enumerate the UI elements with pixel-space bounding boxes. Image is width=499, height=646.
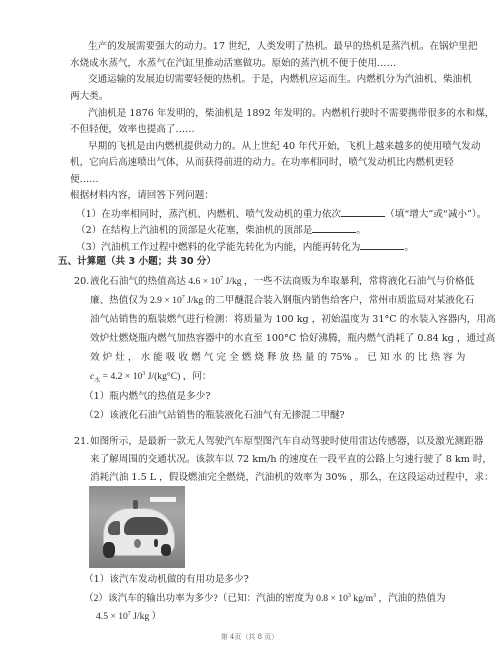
q20-text: J/kg ，一些不法商贩为牟取暴利，常将液化石油气与价格低 [223, 276, 474, 287]
answer-blank[interactable] [312, 223, 356, 233]
q21-text: J/kg ） [131, 611, 161, 622]
q21-text: ，汽油的热值为 [376, 593, 446, 604]
car-label-tag [149, 496, 177, 503]
q20-text: 廉、热值仅为 2.9 × 10 [90, 295, 182, 306]
passage-line: 交通运输的发展迫切需要轻便的热机。于是，内燃机应运而生。内燃机分为汽油机、柴油机 [88, 74, 447, 86]
car-side-window [108, 521, 120, 535]
question-text: （2）在结构上汽油机的顶部是火花塞，柴油机的顶部是 [76, 225, 312, 236]
q20-line: c水 = 4.2 × 103 J/(kg°C) ，问： [90, 371, 212, 387]
q20-number: 20. [74, 276, 89, 288]
q21-text: （2）该汽车的输出功率为多少?（已知：汽油的密度为 0.8 × 10 [84, 593, 348, 604]
q21-line: 如图所示，是最新一款无人驾驶汽车原型图汽车自动驾驶时使用雷达传感器，以及激光测距… [90, 436, 483, 448]
question-2: （2）在结构上汽油机的顶部是火花塞，柴油机的顶部是。 [76, 223, 366, 237]
q20-line: 廉、热值仅为 2.9 × 107 J/kg 的二甲醚混合装入钢瓶内销售给客户，常… [90, 295, 474, 307]
car-windshield [124, 517, 168, 535]
question-3: （3）汽油机工作过程中燃料的化学能先转化为内能，内能再转化为。 [76, 240, 414, 254]
question-text: （填“增大”或“减小”）。 [385, 209, 486, 220]
question-1: （1）在功率相同时，蒸汽机、内燃机、喷气发动机的重力依次（填“增大”或“减小”）… [76, 207, 486, 221]
passage-prompt: 根据材料内容，请回答下列问题： [70, 190, 214, 202]
passage-line: 早期的飞机是由内燃机提供动力的。从上世纪 40 年代开始，飞机上越来越多的使用喷… [88, 141, 447, 153]
self-driving-car-image [89, 486, 185, 568]
question-text: （3）汽油机工作过程中燃料的化学能先转化为内能，内能再转化为 [76, 242, 360, 253]
q20-subquestion-2: （2）该液化石油气站销售的瓶装液化石油气有无掺混二甲醚? [84, 410, 345, 422]
q21-text: 4.5 × 10 [96, 611, 128, 622]
q21-text: kg/m [351, 593, 373, 604]
car-wheel [161, 544, 171, 556]
answer-blank[interactable] [360, 240, 404, 250]
q21-number: 21. [74, 436, 89, 448]
q20-line: 效 炉 灶 ， 水 能 吸 收 燃 气 完 全 燃 烧 释 放 热 量 的 75… [90, 352, 465, 364]
q21-line: 消耗汽油 1.5 L ，假设燃油完全燃烧，汽油机的效率为 30% ，那么，在这段… [90, 472, 494, 484]
q20-text: = 4.2 × 10 [100, 371, 142, 382]
q20-line: 效炉灶燃烧瓶内燃气加热容器中的水直至 100°C 恰好沸腾，瓶内燃气消耗了 0.… [90, 333, 495, 345]
passage-line: 生产的发展需要强大的动力。17 世纪，人类发明了热机。最早的热机是蒸汽机。在锅炉… [88, 41, 447, 53]
question-text: （1）在功率相同时，蒸汽机、内燃机、喷气发动机的重力依次 [76, 209, 341, 220]
passage-line: 机，它向后高速喷出气体，从而获得前进的动力。在功率相同时，喷气发动机比内燃机更轻 [70, 157, 447, 169]
passage-line: 汽油机是 1876 年发明的，柴油机是 1892 年发明的。内燃机行驶时不需要携… [88, 108, 447, 120]
car-lidar-sensor [133, 500, 138, 509]
q20-subquestion-1: （1）瓶内燃气的热值是多少? [84, 391, 210, 403]
question-text: 。 [404, 242, 414, 253]
q21-line: 来了解周围的交通状况。该款车以 72 km/h 的速度在一段平直的公路上匀速行驶… [90, 454, 492, 466]
section-heading: 五、计算题（共 3 小题；共 30 分） [58, 256, 216, 268]
answer-blank[interactable] [341, 207, 385, 217]
car-headlight [154, 539, 158, 547]
passage-line: 两大类。 [70, 91, 108, 103]
passage-line: 不但轻便，效率也提高了…… [70, 124, 195, 136]
q20-text: J/(kg°C) ，问： [145, 371, 211, 382]
page-footer: 第 4页（共 8 页） [0, 632, 499, 642]
car-wheel [103, 542, 115, 558]
q21-subquestion-1: （1）该汽车发动机做的有用功是多少? [84, 574, 249, 586]
question-text: 。 [356, 225, 366, 236]
q21-subquestion-2-cont: 4.5 × 107 J/kg ） [96, 611, 161, 623]
q20-text: J/kg 的二甲醚混合装入钢瓶内销售给客户，常州市质监局对某液化石 [185, 295, 474, 306]
q21-subquestion-2: （2）该汽车的输出功率为多少?（已知：汽油的密度为 0.8 × 103 kg/m… [84, 593, 446, 605]
passage-line: 便…… [70, 174, 99, 186]
q20-line: 液化石油气的热值高达 4.6 × 107 J/kg ，一些不法商贩为牟取暴利，常… [90, 276, 474, 288]
q20-line: 油气站销售的瓶装燃气进行检测：将质量为 100 kg ，初始温度为 31°C 的… [90, 314, 496, 326]
passage-line: 水烧成水蒸气，水蒸气在汽缸里推动活塞做功。原始的蒸汽机不便于使用…… [70, 58, 396, 70]
q20-text: 液化石油气的热值高达 4.6 × 10 [90, 276, 220, 287]
car-headlight [134, 539, 141, 548]
